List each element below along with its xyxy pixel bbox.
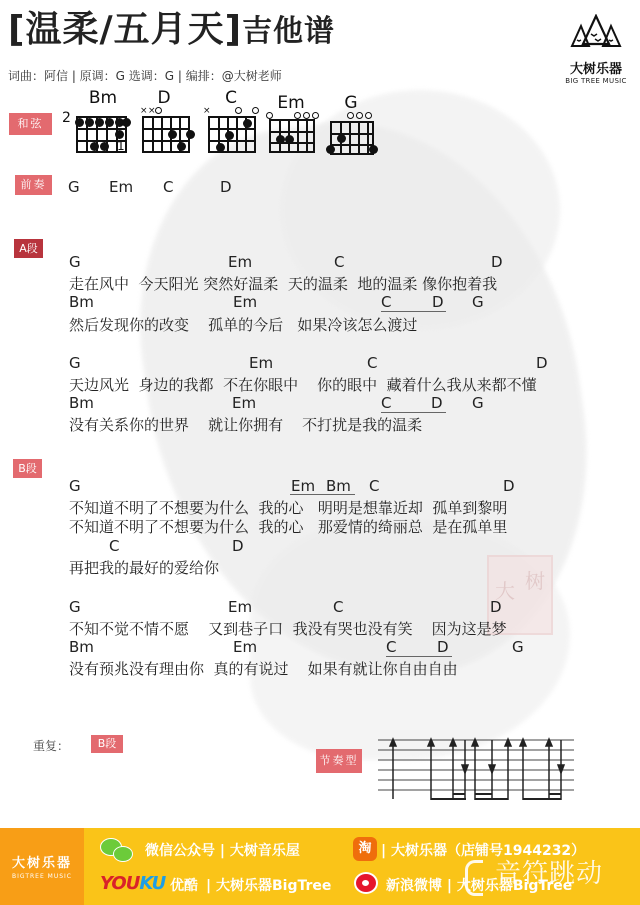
logo-cn: 大树乐器 — [556, 58, 636, 77]
chord-underline — [290, 494, 355, 495]
taobao-icon: 淘 — [353, 837, 377, 861]
chord-label: C — [381, 293, 391, 311]
chord-underline — [386, 656, 452, 657]
chord-label: G — [69, 253, 81, 271]
chord-diagram-g: G — [325, 88, 381, 158]
chord-label: Bm — [69, 638, 94, 656]
chord-label: C — [109, 537, 119, 555]
chord-label: D — [490, 598, 502, 616]
background-watermark-blob — [280, 90, 560, 330]
chord-diagram-c: C × — [203, 88, 263, 156]
chord-label: Em — [228, 598, 252, 616]
song-meta: 词曲：阿信 | 原调：G 选调：G | 编排：@大树老师 — [8, 67, 282, 84]
strum-pattern-icon — [378, 737, 578, 803]
youku-logo-icon: YOUKU — [100, 873, 165, 894]
chord-label: D — [503, 477, 515, 495]
chord-label: C — [369, 477, 379, 495]
youku-logo-a: YOU — [100, 873, 139, 894]
chord-underline — [381, 412, 446, 413]
section-b-tag: B段 — [13, 459, 42, 478]
chord-diagram-bm: Bm 2 1 — [62, 88, 132, 156]
chord-label: C — [381, 394, 391, 412]
chord-label: D — [432, 293, 444, 311]
intro-tag: 前奏 — [15, 175, 52, 195]
chord-label: Em — [291, 477, 315, 495]
chord-underline — [381, 311, 446, 312]
chord-label: Em — [233, 638, 257, 656]
chord-label: G — [69, 354, 81, 372]
chord-label: C — [367, 354, 377, 372]
footer-logo-cn: 大树乐器 — [0, 852, 84, 871]
lyric-line: 不知道不明了不想要为什么 我的心 明明是想靠近却 孤单到黎明 — [69, 497, 507, 518]
chord-label: G — [512, 638, 524, 656]
lyric-line: 不知道不明了不想要为什么 我的心 那爱情的绮丽总 是在孤单里 — [69, 516, 507, 537]
chord-label: Em — [232, 394, 256, 412]
chord-label: C — [334, 253, 344, 271]
source-watermark: 音符跳动 — [495, 853, 603, 890]
chord-label: C — [386, 638, 396, 656]
chord-label: Bm — [326, 477, 351, 495]
lyric-line: 然后发现你的改变 孤单的今后 如果冷该怎么渡过 — [69, 314, 417, 335]
brand-logo: 大树乐器 BIG TREE MUSIC — [556, 14, 636, 85]
lyric-line: 再把我的最好的爱给你 — [69, 557, 219, 578]
chord-label: Bm — [69, 293, 94, 311]
chord-label: D — [232, 537, 244, 555]
footer-logo-en: BIGTREE MUSIC — [0, 873, 84, 880]
chord-label: D — [437, 638, 449, 656]
lyric-line: 不知不觉不情不愿 又到巷子口 我没有哭也没有笑 因为这是梦 — [69, 618, 507, 639]
chord-name: D — [134, 88, 194, 108]
intro-chord: D — [220, 178, 232, 196]
chord-label: G — [472, 394, 484, 412]
rhythm-pattern — [378, 737, 578, 803]
tree-logo-icon — [569, 14, 623, 52]
chord-label: G — [472, 293, 484, 311]
chord-label: G — [69, 477, 81, 495]
title-suffix: 吉他谱 — [242, 14, 335, 49]
rhythm-tag: 节奏型 — [316, 749, 362, 773]
page-title: [温柔/五月天]吉他谱 — [8, 8, 335, 54]
youku-cn: 优酷 — [170, 875, 198, 895]
youku-link[interactable]: | 大树乐器BigTree — [206, 875, 331, 895]
wechat-link[interactable]: 微信公众号 | 大树音乐屋 — [145, 840, 300, 860]
chord-label: Bm — [69, 394, 94, 412]
wechat-icon — [100, 838, 136, 864]
chord-name: G — [325, 93, 377, 113]
chord-name: Bm — [68, 88, 138, 108]
weibo-icon — [354, 872, 378, 894]
fret-number: 2 — [62, 110, 71, 126]
lyric-line: 没有预兆没有理由你 真的有说过 如果有就让你自由自由 — [69, 658, 458, 679]
chord-label: Em — [249, 354, 273, 372]
intro-chord: C — [163, 178, 173, 196]
chord-label: G — [69, 598, 81, 616]
lyric-line: 天边风光 身边的我都 不在你眼中 你的眼中 藏着什么我从来都不懂 — [69, 374, 537, 395]
chord-name: Em — [265, 93, 317, 113]
lyric-line: 没有关系你的世界 就让你拥有 不打扰是我的温柔 — [69, 414, 422, 435]
intro-chord: G — [68, 178, 80, 196]
song-title: [温柔/五月天] — [8, 9, 242, 50]
chord-label: Em — [233, 293, 257, 311]
chord-diagram-em: Em — [265, 88, 321, 156]
section-a-tag: A段 — [14, 239, 43, 258]
chord-label: C — [333, 598, 343, 616]
lyric-line: 走在风中 今天阳光 突然好温柔 天的温柔 地的温柔 像你抱着我 — [69, 273, 497, 294]
intro-chord: Em — [109, 178, 133, 196]
music-note-watermark-icon — [465, 860, 483, 896]
chord-label: Em — [228, 253, 252, 271]
chord-label: D — [491, 253, 503, 271]
chord-label: D — [431, 394, 443, 412]
footer-logo: 大树乐器 BIGTREE MUSIC — [0, 828, 84, 905]
chord-diagram-d: D × × — [138, 88, 194, 156]
chord-label: D — [536, 354, 548, 372]
chord-name: C — [203, 88, 259, 108]
youku-logo-b: KU — [139, 873, 165, 894]
repeat-section-tag: B段 — [91, 735, 123, 753]
chords-tag: 和弦 — [9, 113, 52, 135]
repeat-label: 重复： — [33, 737, 69, 754]
logo-en: BIG TREE MUSIC — [556, 77, 636, 85]
